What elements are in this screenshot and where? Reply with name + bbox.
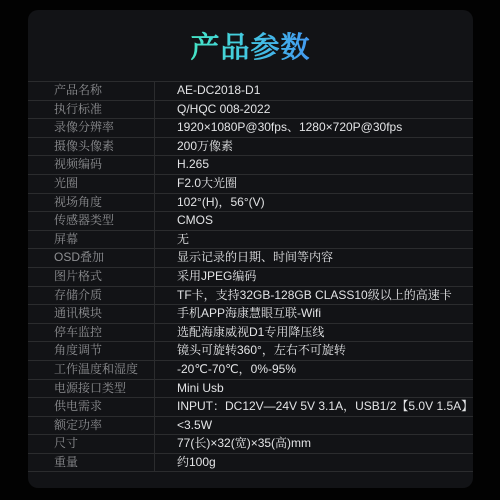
product-specs-panel: 产品参数 产品名称 AE-DC2018-D1 执行标准 Q/HQC 008-20… [28, 10, 473, 488]
spec-label: 通讯模块 [28, 305, 154, 323]
spec-label: 传感器类型 [28, 212, 154, 230]
spec-value: CMOS [154, 212, 473, 230]
spec-value: 采用JPEG编码 [154, 268, 473, 286]
spec-label: 视频编码 [28, 156, 154, 174]
table-row: 屏幕 无 [28, 231, 473, 250]
spec-value: F2.0大光圈 [154, 175, 473, 193]
spec-value: 无 [154, 231, 473, 249]
table-row: 光圈 F2.0大光圈 [28, 175, 473, 194]
table-row: 尺寸 77(长)×32(宽)×35(高)mm [28, 435, 473, 454]
spec-label: 额定功率 [28, 417, 154, 435]
spec-value: <3.5W [154, 417, 473, 435]
table-row: 通讯模块 手机APP海康慧眼互联-Wifi [28, 305, 473, 324]
spec-label: 执行标准 [28, 101, 154, 119]
spec-label: 重量 [28, 454, 154, 472]
spec-value: -20℃-70℃，0%-95% [154, 361, 473, 379]
spec-value: INPUT：DC12V—24V 5V 3.1A，USB1/2【5.0V 1.5A… [154, 398, 473, 416]
spec-label: 角度调节 [28, 342, 154, 360]
title-area: 产品参数 [28, 10, 473, 81]
spec-label: 图片格式 [28, 268, 154, 286]
spec-value: 102°(H)，56°(V) [154, 194, 473, 212]
spec-value: 镜头可旋转360°，左右不可旋转 [154, 342, 473, 360]
table-row: 额定功率 <3.5W [28, 417, 473, 436]
page-title: 产品参数 [190, 25, 310, 66]
spec-label: 视场角度 [28, 194, 154, 212]
table-row: 停车监控 选配海康威视D1专用降压线 [28, 324, 473, 343]
spec-value: 选配海康威视D1专用降压线 [154, 324, 473, 342]
table-row: 重量 约100g [28, 454, 473, 473]
spec-label: 录像分辨率 [28, 119, 154, 137]
product-detail-image: 产品参数 产品名称 AE-DC2018-D1 执行标准 Q/HQC 008-20… [0, 0, 500, 500]
spec-value: AE-DC2018-D1 [154, 82, 473, 100]
spec-label: 供电需求 [28, 398, 154, 416]
table-row: 存储介质 TF卡，支持32GB-128GB CLASS10级以上的高速卡 [28, 287, 473, 306]
spec-value: 约100g [154, 454, 473, 472]
specs-table: 产品名称 AE-DC2018-D1 执行标准 Q/HQC 008-2022 录像… [28, 81, 473, 472]
spec-value: Q/HQC 008-2022 [154, 101, 473, 119]
spec-label: 摄像头像素 [28, 138, 154, 156]
spec-value: Mini Usb [154, 380, 473, 398]
table-row: 传感器类型 CMOS [28, 212, 473, 231]
table-row: 图片格式 采用JPEG编码 [28, 268, 473, 287]
spec-label: 光圈 [28, 175, 154, 193]
table-row: 录像分辨率 1920×1080P@30fps、1280×720P@30fps [28, 119, 473, 138]
table-row: 供电需求 INPUT：DC12V—24V 5V 3.1A，USB1/2【5.0V… [28, 398, 473, 417]
spec-value: H.265 [154, 156, 473, 174]
spec-value: 1920×1080P@30fps、1280×720P@30fps [154, 119, 473, 137]
table-row: 执行标准 Q/HQC 008-2022 [28, 101, 473, 120]
spec-label: 停车监控 [28, 324, 154, 342]
spec-value: 手机APP海康慧眼互联-Wifi [154, 305, 473, 323]
spec-label: OSD叠加 [28, 249, 154, 267]
table-row: 视频编码 H.265 [28, 156, 473, 175]
table-row: OSD叠加 显示记录的日期、时间等内容 [28, 249, 473, 268]
spec-value: TF卡，支持32GB-128GB CLASS10级以上的高速卡 [154, 287, 473, 305]
spec-label: 屏幕 [28, 231, 154, 249]
table-row: 摄像头像素 200万像素 [28, 138, 473, 157]
spec-value: 显示记录的日期、时间等内容 [154, 249, 473, 267]
spec-label: 存储介质 [28, 287, 154, 305]
spec-value: 77(长)×32(宽)×35(高)mm [154, 435, 473, 453]
spec-label: 尺寸 [28, 435, 154, 453]
spec-label: 工作温度和湿度 [28, 361, 154, 379]
spec-label: 产品名称 [28, 82, 154, 100]
table-row: 电源接口类型 Mini Usb [28, 380, 473, 399]
table-row: 产品名称 AE-DC2018-D1 [28, 82, 473, 101]
spec-label: 电源接口类型 [28, 380, 154, 398]
table-row: 角度调节 镜头可旋转360°，左右不可旋转 [28, 342, 473, 361]
table-row: 工作温度和湿度 -20℃-70℃，0%-95% [28, 361, 473, 380]
spec-value: 200万像素 [154, 138, 473, 156]
table-row: 视场角度 102°(H)，56°(V) [28, 194, 473, 213]
